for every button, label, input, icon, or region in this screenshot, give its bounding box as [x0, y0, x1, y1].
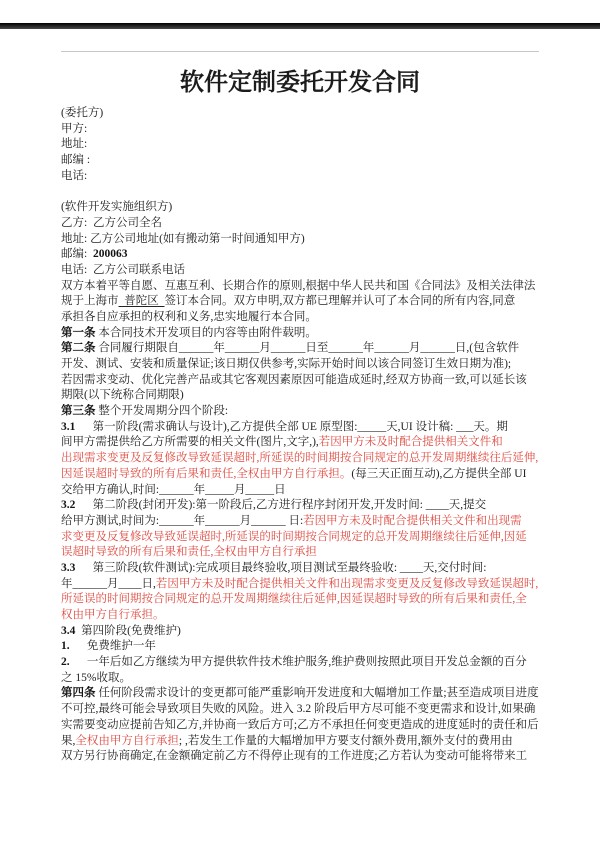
text-segment: (软件开发实施组织方) — [61, 201, 172, 213]
document-page: 软件定制委托开发合同 (委托方)甲方:地址:邮编 :电话: (软件开发实施组织方… — [0, 0, 600, 849]
red-text-segment: 全权由甲方自行承担 — [75, 735, 179, 747]
text-line: 邮编: 200063 — [61, 247, 539, 263]
top-margin-strip — [0, 0, 600, 23]
text-segment: 间甲方需提供给乙方所需要的相关文件(图片,文字,), — [61, 436, 319, 448]
text-line: 2. 一年后如乙方继续为甲方提供软件技术维护服务,维护费则按照此项目开发总金额的… — [61, 655, 539, 671]
text-line: 双方另行协商确定,在金额确定前乙方不得停止现有的工作进度;乙方若认为变动可能将带… — [61, 749, 539, 765]
text-segment: 整个开发周期分四个阶段: — [96, 405, 229, 417]
text-line: (软件开发实施组织方) — [61, 200, 539, 216]
text-segment: 第二阶段(封闭开发):第一阶段后,乙方进行程序封闭开发,开发时间: ____天,… — [75, 499, 486, 511]
text-segment: 合同履行期限自______年______月______日至______年____… — [96, 342, 520, 354]
text-line: 期限(以下统称合同期限) — [61, 388, 539, 404]
text-line: 1. 免费维护一年 — [61, 639, 539, 655]
text-segment: 规于上海市 — [61, 295, 119, 307]
text-line: 开发、测试、安装和质量保证;该日期仅供参考,实际开始时间以该合同签订生效日期为准… — [61, 357, 539, 373]
text-segment: 邮编: — [61, 248, 93, 260]
text-segment: ; ,若发生工作量的大幅增加甲方要支付额外费用,额外支付的费用由 — [179, 735, 513, 747]
red-text-segment: 若因甲方未及时配合提供相关文件和出现需 — [303, 515, 522, 527]
header-rule — [61, 51, 539, 52]
text-segment: 第三条 — [61, 405, 96, 417]
text-line: 3.4 第四阶段(免费维护) — [61, 624, 539, 640]
text-segment: 电话: 乙方公司联系电话 — [61, 264, 185, 276]
text-line: 所延误的时间期按合同规定的总开发周期继续往后延伸,因延误超时导致的所有后果和责任… — [61, 592, 539, 608]
text-segment: 2. — [61, 656, 70, 668]
text-segment: 之 15%收取。 — [61, 672, 131, 684]
text-segment: 双方另行协商确定,在金额确定前乙方不得停止现有的工作进度;乙方若认为变动可能将带… — [61, 750, 527, 762]
text-segment: 免费维护一年 — [70, 640, 156, 652]
text-segment: 第四阶段(免费维护) — [75, 625, 180, 637]
text-segment: 第一条 — [61, 327, 96, 339]
text-line: 第四条 任何阶段需求设计的变更都可能严重影响开发进度和大幅增加工作量;甚至造成项… — [61, 686, 539, 702]
text-line: 甲方: — [61, 122, 539, 138]
text-segment: 第一阶段(需求确认与设计),乙方提供全部 UE 原型图:_____天,UI 设计… — [75, 421, 508, 433]
text-segment: 任何阶段需求设计的变更都可能严重影响开发进度和大幅增加工作量;甚至造成项目进度 — [96, 687, 539, 699]
text-segment: 签订本合同。双方申明,双方都已理解并认可了本合同的所有内容,同意 — [165, 295, 516, 307]
text-line: 电话: 乙方公司联系电话 — [61, 263, 539, 279]
text-segment: (委托方) — [61, 107, 103, 119]
text-line: 间甲方需提供给乙方所需要的相关文件(图片,文字,),若因甲方未及时配合提供相关文… — [61, 435, 539, 451]
text-segment: 交给甲方确认,时间:______年_____月_____日 — [61, 484, 286, 496]
text-line: 3.2 第二阶段(封闭开发):第一阶段后,乙方进行程序封闭开发,开发时间: __… — [61, 498, 539, 514]
text-segment: 3.1 — [61, 421, 75, 433]
text-segment: 期限(以下统称合同期限) — [61, 389, 184, 401]
red-text-segment: 所延误的时间期按合同规定的总开发周期继续往后延伸,因延误超时导致的所有后果和责任… — [61, 593, 527, 605]
text-line: 年______月____日,若因甲方未及时配合提供相关文件和出现需求变更及反复修… — [61, 577, 539, 593]
text-line: 3.3 第三阶段(软件测试):完成项目最终验收,项目测试至最终验收: ____天… — [61, 561, 539, 577]
text-line: 地址: 乙方公司地址(如有搬动第一时间通知甲方) — [61, 232, 539, 248]
text-line: 第二条 合同履行期限自______年______月______日至______年… — [61, 341, 539, 357]
text-line — [61, 184, 539, 200]
text-line: (委托方) — [61, 106, 539, 122]
text-line: 不可控,最终可能会导致项目失败的风险。进入 3.2 阶段后甲方尽可能不变更需求和… — [61, 702, 539, 718]
document-body: (委托方)甲方:地址:邮编 :电话: (软件开发实施组织方)乙方: 乙方公司全名… — [61, 106, 539, 765]
text-segment: 3.3 — [61, 562, 75, 574]
text-line: 双方本着平等自愿、互惠互利、长期合作的原则,根据中华人民共和国《合同法》及相关法… — [61, 279, 539, 295]
text-segment: 本合同技术开发项目的内容等由附件载明。 — [96, 327, 317, 339]
text-segment: 乙方: 乙方公司全名 — [61, 217, 162, 229]
text-segment: 实需要变动应提前告知乙方,并协商一致后方可;乙方不承担任何变更造成的进度延时的责… — [61, 719, 539, 731]
text-segment: 第三阶段(软件测试):完成项目最终验收,项目测试至最终验收: ____天,交付时… — [75, 562, 486, 574]
text-line: 承担各自应承担的权利和义务,忠实地履行本合同。 — [61, 310, 539, 326]
text-segment: 1. — [61, 640, 70, 652]
text-line: 电话: — [61, 169, 539, 185]
text-segment: 第二条 — [61, 342, 96, 354]
text-line: 误超时导致的所有后果和责任,全权由甲方自行承担 — [61, 545, 539, 561]
text-segment: 年______月____日, — [61, 578, 156, 590]
text-line: 地址: — [61, 137, 539, 153]
text-segment: 地址: — [61, 138, 87, 150]
text-line: 交给甲方确认,时间:______年_____月_____日 — [61, 483, 539, 499]
text-segment: 果, — [61, 735, 75, 747]
text-segment: 若因需求变动、优化完善产品或其它客观因素原因可能造成延时,经双方协商一致,可以延… — [61, 374, 527, 386]
text-segment: 普陀区 — [119, 295, 165, 307]
text-segment: 3.4 — [61, 625, 75, 637]
red-text-segment: 出现需求变更及反复修改导致延误超时,所延误的时间期按合同规定的总开发周期继续往后… — [61, 452, 538, 464]
text-segment: 第四条 — [61, 687, 96, 699]
text-line: 规于上海市 普陀区 签订本合同。双方申明,双方都已理解并认可了本合同的所有内容,… — [61, 294, 539, 310]
text-line: 第一条 本合同技术开发项目的内容等由附件载明。 — [61, 326, 539, 342]
text-segment: 不可控,最终可能会导致项目失败的风险。进入 3.2 阶段后甲方尽可能不变更需求和… — [61, 703, 535, 715]
text-segment: 承担各自应承担的权利和义务,忠实地履行本合同。 — [61, 311, 317, 323]
text-line: 邮编 : — [61, 153, 539, 169]
text-line: 实需要变动应提前告知乙方,并协商一致后方可;乙方不承担任何变更造成的进度延时的责… — [61, 718, 539, 734]
document-title: 软件定制委托开发合同 — [61, 66, 539, 100]
text-segment: 一年后如乙方继续为甲方提供软件技术维护服务,维护费则按照此项目开发总金额的百分 — [70, 656, 527, 668]
text-line: 3.1 第一阶段(需求确认与设计),乙方提供全部 UE 原型图:_____天,U… — [61, 420, 539, 436]
text-line: 给甲方测试,时间为:______年______月______ 日:若因甲方未及时… — [61, 514, 539, 530]
text-line: 若因需求变动、优化完善产品或其它客观因素原因可能造成延时,经双方协商一致,可以延… — [61, 373, 539, 389]
text-line: 因延误超时导致的所有后果和责任,全权由甲方自行承担。(每三天正面互动),乙方提供… — [61, 467, 539, 483]
text-segment: 甲方: — [61, 123, 87, 135]
text-line: 求变更及反复修改导致延误超时,所延误的时间期按合同规定的总开发周期继续往后延伸,… — [61, 530, 539, 546]
text-line: 乙方: 乙方公司全名 — [61, 216, 539, 232]
text-segment: 双方本着平等自愿、互惠互利、长期合作的原则,根据中华人民共和国《合同法》及相关法… — [61, 280, 535, 292]
red-text-segment: 求变更及反复修改导致延误超时,所延误的时间期按合同规定的总开发周期继续往后延伸,… — [61, 531, 527, 543]
red-text-segment: 若因甲方未及时配合提供相关文件和出现需求变更及反复修改导致延误超时, — [156, 578, 538, 590]
text-segment: 电话: — [61, 170, 87, 182]
red-text-segment: 权由甲方自行承担。 — [61, 609, 165, 621]
text-segment: 3.2 — [61, 499, 75, 511]
text-line: 出现需求变更及反复修改导致延误超时,所延误的时间期按合同规定的总开发周期继续往后… — [61, 451, 539, 467]
window-top-bar — [0, 23, 600, 29]
text-segment: 邮编 : — [61, 154, 90, 166]
text-segment: 地址: 乙方公司地址(如有搬动第一时间通知甲方) — [61, 233, 305, 245]
text-segment: 开发、测试、安装和质量保证;该日期仅供参考,实际开始时间以该合同签订生效日期为准… — [61, 358, 511, 370]
text-line: 权由甲方自行承担。 — [61, 608, 539, 624]
document-content: 软件定制委托开发合同 (委托方)甲方:地址:邮编 :电话: (软件开发实施组织方… — [0, 51, 600, 765]
text-segment: 200063 — [93, 248, 128, 260]
red-text-segment: 误超时导致的所有后果和责任,全权由甲方自行承担 — [61, 546, 317, 558]
text-line: 之 15%收取。 — [61, 671, 539, 687]
red-text-segment: 若因甲方未及时配合提供相关文件和 — [319, 436, 503, 448]
text-line: 果,全权由甲方自行承担; ,若发生工作量的大幅增加甲方要支付额外费用,额外支付的… — [61, 734, 539, 750]
red-text-segment: 因延误超时导致的所有后果和责任,全权由甲方自行承担。 — [61, 468, 351, 480]
text-line: 第三条 整个开发周期分四个阶段: — [61, 404, 539, 420]
text-segment: 给甲方测试,时间为:______年______月______ 日: — [61, 515, 303, 527]
text-segment: (每三天正面互动),乙方提供全部 UI — [351, 468, 526, 480]
